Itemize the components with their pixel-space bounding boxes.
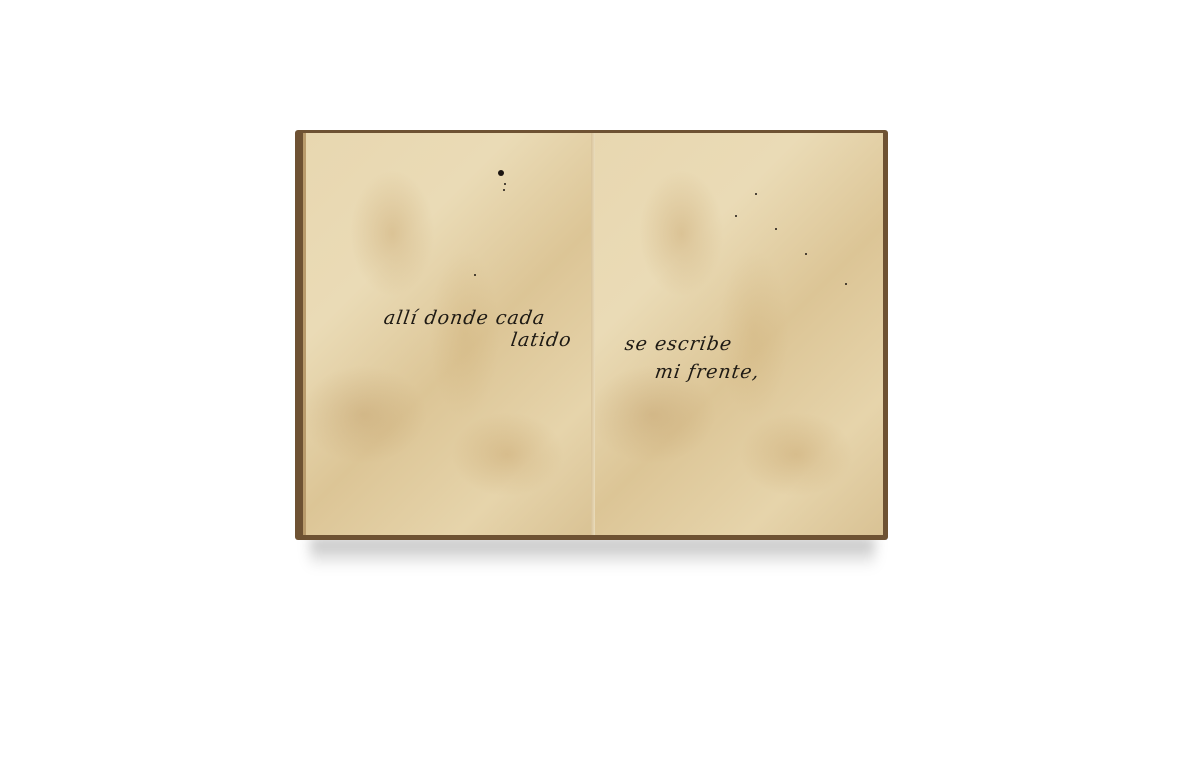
ink-speck (845, 283, 847, 285)
handwritten-line-2: latido (509, 329, 573, 351)
ink-speck (805, 253, 807, 255)
ink-speck (775, 228, 777, 230)
ink-speck (474, 274, 476, 276)
right-page: se escribe mi frente, (595, 133, 883, 535)
book-shadow (310, 538, 875, 568)
handwritten-line-1: allí donde cada (382, 307, 546, 329)
ink-speck (504, 183, 506, 185)
open-book: allí donde cada latido se escribe mi fre… (295, 130, 888, 540)
ink-speck (503, 189, 505, 191)
handwritten-line-3: se escribe (623, 333, 733, 355)
handwritten-line-4: mi frente, (653, 361, 761, 383)
ink-speck (735, 215, 737, 217)
ink-speck (755, 193, 757, 195)
left-page: allí donde cada latido (303, 133, 594, 535)
ink-spot (498, 170, 504, 176)
